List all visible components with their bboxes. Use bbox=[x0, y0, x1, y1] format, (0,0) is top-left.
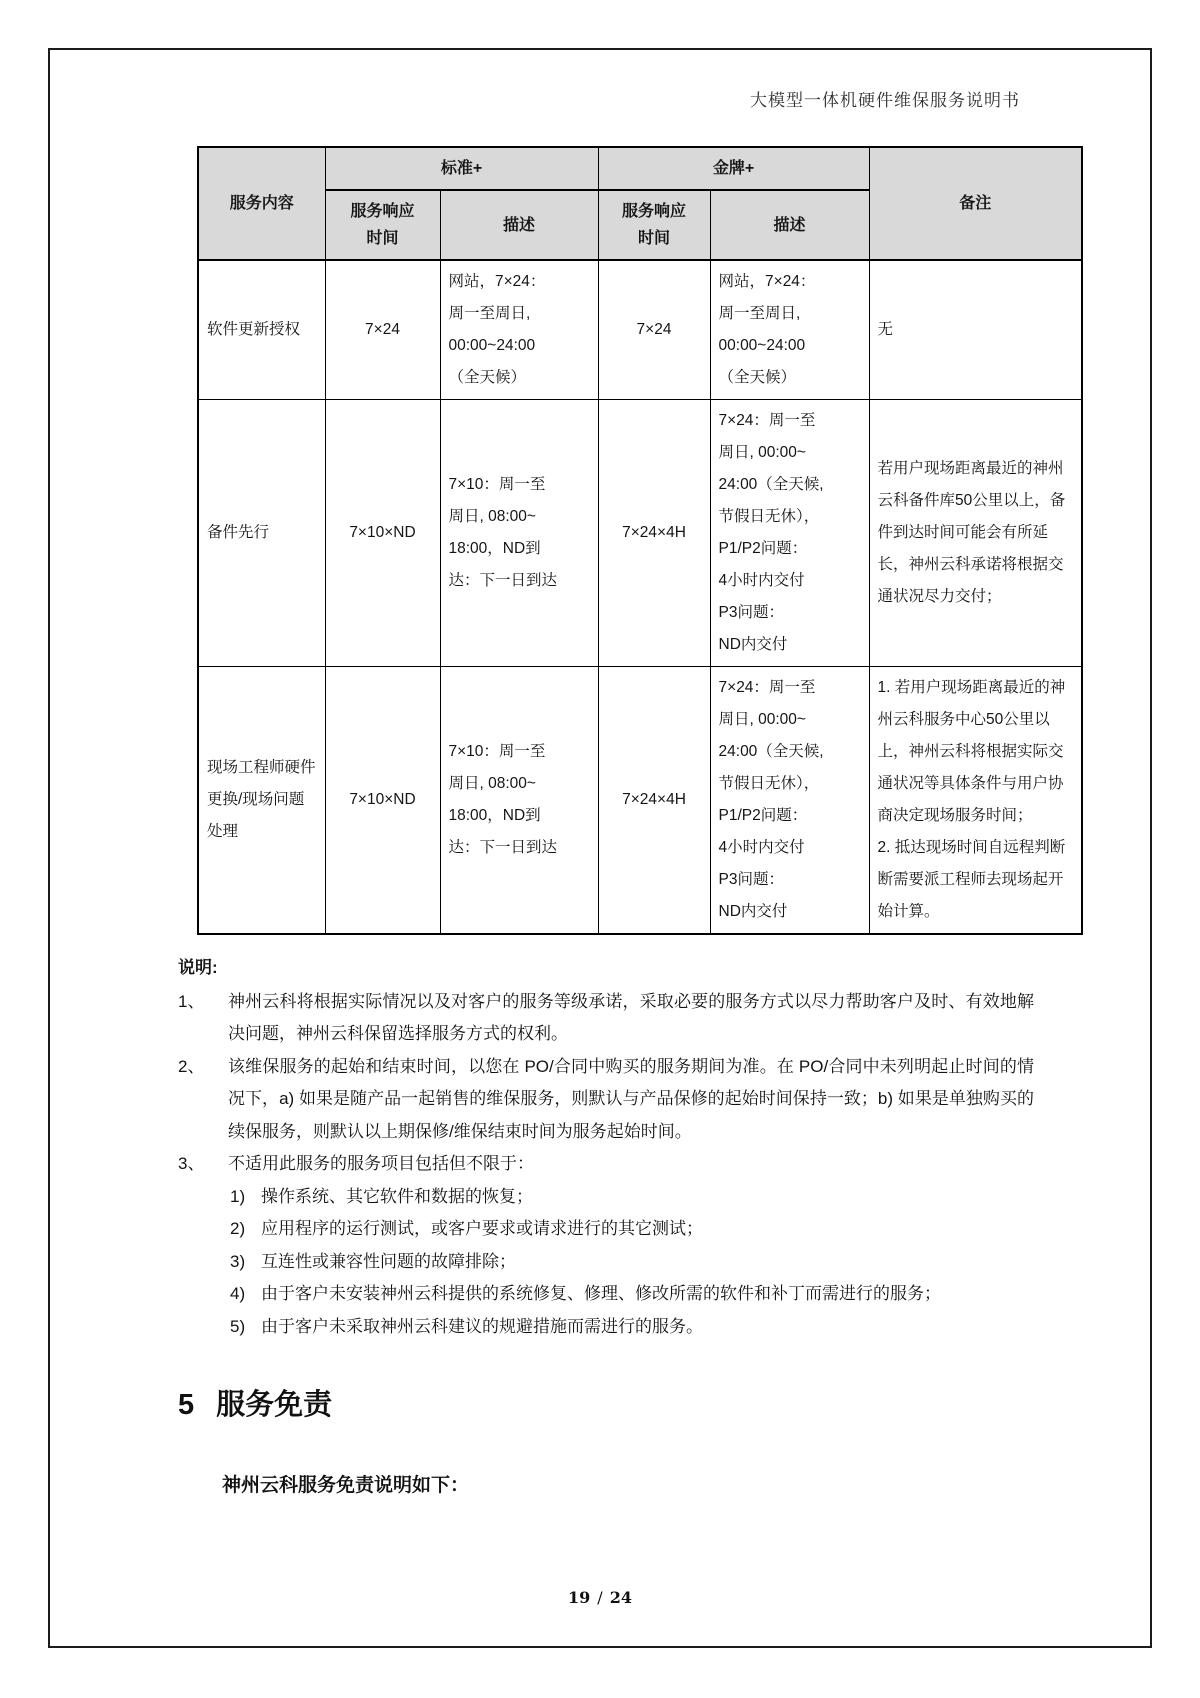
note-text: 神州云科将根据实际情况以及对客户的服务等级承诺，采取必要的服务方式以尽力帮助客户… bbox=[228, 986, 1034, 1051]
note-sub-text: 由于客户未安装神州云科提供的系统修复、修理、修改所需的软件和补丁而需进行的服务； bbox=[261, 1278, 1034, 1311]
header-std-response-time: 服务响应 时间 bbox=[325, 190, 440, 260]
cell-service: 现场工程师硬件更换/现场问题处理 bbox=[198, 667, 325, 935]
document-page: 大模型一体机硬件维保服务说明书 服务内容 标准+ 金牌+ 备注 服务响应 时间 … bbox=[0, 0, 1200, 1698]
note-subitem-1: 1) 操作系统、其它软件和数据的恢复； bbox=[230, 1181, 1034, 1214]
cell-gold-desc: 7×24：周一至 周日, 00:00~ 24:00（全天候, 节假日无休）， P… bbox=[710, 667, 869, 935]
cell-remark: 无 bbox=[869, 260, 1082, 400]
header-remark: 备注 bbox=[869, 147, 1082, 260]
cell-std-desc: 网站，7×24： 周一至周日, 00:00~24:00 （全天候） bbox=[440, 260, 598, 400]
note-subitem-5: 5) 由于客户未采取神州云科建议的规避措施而需进行的服务。 bbox=[230, 1311, 1034, 1344]
header-gold-plus: 金牌+ bbox=[598, 147, 869, 190]
header-service-content: 服务内容 bbox=[198, 147, 325, 260]
header-standard-plus: 标准+ bbox=[325, 147, 598, 190]
cell-gold-time: 7×24×4H bbox=[598, 667, 710, 935]
cell-gold-time: 7×24×4H bbox=[598, 400, 710, 667]
note-item-2: 2、 该维保服务的起始和结束时间，以您在 PO/合同中购买的服务期间为准。在 P… bbox=[178, 1051, 1034, 1149]
cell-std-desc: 7×10：周一至 周日, 08:00~ 18:00，ND到 达：下一日到达 bbox=[440, 667, 598, 935]
footer-separator: / bbox=[597, 1588, 602, 1607]
note-text: 不适用此服务的服务项目包括但不限于： bbox=[228, 1148, 1034, 1181]
section-title: 服务免责 bbox=[216, 1389, 332, 1421]
notes-title: 说明: bbox=[178, 952, 1034, 985]
cell-gold-desc: 网站，7×24： 周一至周日, 00:00~24:00 （全天候） bbox=[710, 260, 869, 400]
note-sub-text: 互连性或兼容性问题的故障排除； bbox=[261, 1246, 1034, 1279]
section-heading-5: 5服务免责 bbox=[178, 1382, 332, 1423]
note-number: 1、 bbox=[178, 986, 228, 1051]
note-sub-number: 3) bbox=[230, 1246, 261, 1279]
cell-service: 软件更新授权 bbox=[198, 260, 325, 400]
note-sub-number: 1) bbox=[230, 1181, 261, 1214]
header-gold-response-time: 服务响应 时间 bbox=[598, 190, 710, 260]
note-sub-text: 应用程序的运行测试，或客户要求或请求进行的其它测试； bbox=[261, 1213, 1034, 1246]
cell-std-time: 7×10×ND bbox=[325, 667, 440, 935]
notes-section: 说明: 1、 神州云科将根据实际情况以及对客户的服务等级承诺，采取必要的服务方式… bbox=[178, 952, 1034, 1343]
note-text: 该维保服务的起始和结束时间，以您在 PO/合同中购买的服务期间为准。在 PO/合… bbox=[228, 1051, 1034, 1149]
table-row-software-update: 软件更新授权 7×24 网站，7×24： 周一至周日, 00:00~24:00 … bbox=[198, 260, 1082, 400]
table-row-onsite-engineer: 现场工程师硬件更换/现场问题处理 7×10×ND 7×10：周一至 周日, 08… bbox=[198, 667, 1082, 935]
cell-service: 备件先行 bbox=[198, 400, 325, 667]
footer-page-total: 24 bbox=[610, 1588, 632, 1607]
service-level-table: 服务内容 标准+ 金牌+ 备注 服务响应 时间 描述 服务响应 时间 描述 软件… bbox=[197, 146, 1083, 935]
note-number: 3、 bbox=[178, 1148, 228, 1181]
note-number: 2、 bbox=[178, 1051, 228, 1149]
table-header-group-row: 服务内容 标准+ 金牌+ 备注 bbox=[198, 147, 1082, 190]
cell-std-time: 7×10×ND bbox=[325, 400, 440, 667]
note-sub-number: 5) bbox=[230, 1311, 261, 1344]
header-gold-description: 描述 bbox=[710, 190, 869, 260]
note-sub-text: 由于客户未采取神州云科建议的规避措施而需进行的服务。 bbox=[261, 1311, 1034, 1344]
note-sub-number: 2) bbox=[230, 1213, 261, 1246]
cell-gold-time: 7×24 bbox=[598, 260, 710, 400]
section-number: 5 bbox=[178, 1389, 194, 1421]
note-item-1: 1、 神州云科将根据实际情况以及对客户的服务等级承诺，采取必要的服务方式以尽力帮… bbox=[178, 986, 1034, 1051]
note-subitem-4: 4) 由于客户未安装神州云科提供的系统修复、修理、修改所需的软件和补丁而需进行的… bbox=[230, 1278, 1034, 1311]
document-header-title: 大模型一体机硬件维保服务说明书 bbox=[0, 86, 1020, 111]
cell-std-desc: 7×10：周一至 周日, 08:00~ 18:00，ND到 达：下一日到达 bbox=[440, 400, 598, 667]
cell-remark: 若用户现场距离最近的神州云科备件库50公里以上，备件到达时间可能会有所延长，神州… bbox=[869, 400, 1082, 667]
note-item-3: 3、 不适用此服务的服务项目包括但不限于： bbox=[178, 1148, 1034, 1181]
cell-gold-desc: 7×24：周一至 周日, 00:00~ 24:00（全天候, 节假日无休）， P… bbox=[710, 400, 869, 667]
note-sub-number: 4) bbox=[230, 1278, 261, 1311]
note-subitem-2: 2) 应用程序的运行测试，或客户要求或请求进行的其它测试； bbox=[230, 1213, 1034, 1246]
cell-remark: 1. 若用户现场距离最近的神州云科服务中心50公里以上，神州云科将根据实际交通状… bbox=[869, 667, 1082, 935]
note-subitem-3: 3) 互连性或兼容性问题的故障排除； bbox=[230, 1246, 1034, 1279]
note-sub-text: 操作系统、其它软件和数据的恢复； bbox=[261, 1181, 1034, 1214]
header-std-description: 描述 bbox=[440, 190, 598, 260]
footer-page-current: 19 bbox=[568, 1588, 590, 1607]
cell-std-time: 7×24 bbox=[325, 260, 440, 400]
section-subtitle: 神州云科服务免责说明如下： bbox=[222, 1470, 469, 1497]
table-row-spare-parts: 备件先行 7×10×ND 7×10：周一至 周日, 08:00~ 18:00，N… bbox=[198, 400, 1082, 667]
page-footer: 19/24 bbox=[0, 1588, 1200, 1607]
